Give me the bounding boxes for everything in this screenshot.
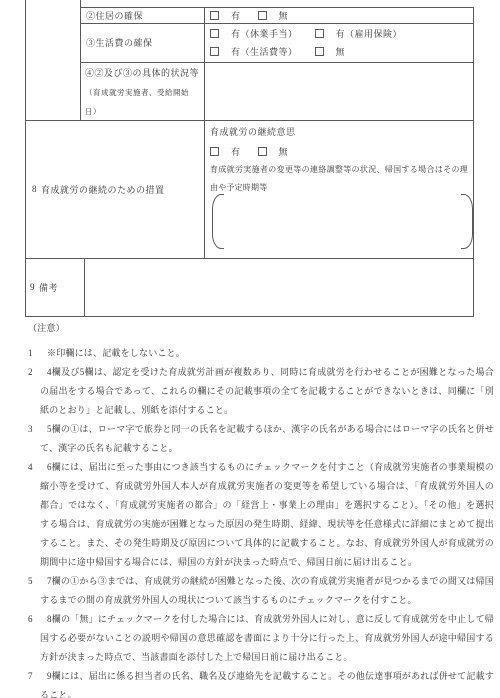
checkbox-living-none-label: 無 <box>336 45 346 58</box>
note-item-2: 24欄及び5欄は、認定を受けた育成就労計画が複数あり、同時に育成就労を行わせるこ… <box>28 363 494 420</box>
checkbox-continuation-yes-label: 有 <box>231 145 241 158</box>
checkbox-housing-no[interactable] <box>258 11 267 20</box>
row-9-label: 9 備考 <box>26 259 87 315</box>
continuation-description: 育成就労実施者の変更等の連絡調整等の状況、帰国する場合はその理由や予定時期等 <box>210 161 468 197</box>
row-9-number: 9 <box>30 282 35 292</box>
checkbox-living-employment-insurance[interactable] <box>315 29 324 38</box>
table-border-bottom <box>25 316 474 317</box>
row-8-number: 8 <box>32 184 37 194</box>
row-details-label-main: ④②及び③の具体的状況等 <box>85 68 199 78</box>
note-item-1-number: 1 <box>28 344 47 363</box>
continuation-intent-options: 有 無 <box>210 142 473 161</box>
note-item-5-number: 5 <box>28 572 47 591</box>
row-living-options: 有（休業手当） 有（雇用保険） 有（生活費等） 無 <box>210 24 472 61</box>
checkbox-continuation-no[interactable] <box>258 147 267 156</box>
note-item-4: 46欄には、届出に至った事由につき該当するものにチェックマークを付すこと（育成就… <box>28 458 494 572</box>
checkbox-housing-yes-label: 有 <box>231 9 241 22</box>
notes-section: （注意） 1※印欄には、記載をしないこと。 24欄及び5欄は、認定を受けた育成就… <box>28 322 494 698</box>
row-housing-options: 有 無 <box>210 8 472 22</box>
row-8-content: 育成就労の継続意思 有 無 育成就労実施者の変更等の連絡調整等の状況、帰国する場… <box>210 121 473 257</box>
table-border-right <box>473 7 474 316</box>
checkbox-continuation-no-label: 無 <box>279 145 289 158</box>
checkbox-housing-no-label: 無 <box>279 9 289 22</box>
row-housing-label: ②住居の確保 <box>81 8 208 22</box>
note-item-3-number: 3 <box>28 420 47 439</box>
row-living-label: ③生活費の確保 <box>81 24 208 61</box>
note-item-3: 35欄の①は、ローマ字で旅券と同一の氏名を記載するほか、漢字の氏名がある場合には… <box>28 420 494 458</box>
row-9-input-area <box>85 259 472 315</box>
right-bracket <box>461 194 473 249</box>
row-living-label-text: ③生活費の確保 <box>86 36 153 49</box>
document-page: ②住居の確保 有 無 ③生活費の確保 有（休業手当） 有（雇用保険） 有（生活費… <box>0 0 500 698</box>
row-details-input-area <box>205 63 472 119</box>
note-item-6: 68欄の「無」にチェックマークを付した場合には、育成就労外国人に対し、意に反して… <box>28 610 494 667</box>
note-item-7-text: 9欄には、届出に係る担当者の氏名、職名及び連絡先を記載すること。その他伝達事項が… <box>40 671 494 698</box>
checkbox-living-leave-allowance[interactable] <box>210 29 219 38</box>
checkbox-continuation-yes[interactable] <box>210 147 219 156</box>
note-item-1: 1※印欄には、記載をしないこと。 <box>28 344 494 363</box>
left-bracket <box>212 194 224 249</box>
note-item-2-number: 2 <box>28 363 47 382</box>
checkbox-living-none[interactable] <box>315 47 324 56</box>
note-item-2-text: 4欄及び5欄は、認定を受けた育成就労計画が複数あり、同時に育成就労を行わせること… <box>40 367 494 415</box>
checkbox-housing-yes[interactable] <box>210 11 219 20</box>
notes-title: （注意） <box>28 322 494 335</box>
checkbox-living-leave-allowance-label: 有（休業手当） <box>231 27 298 40</box>
row-housing-label-text: ②住居の確保 <box>86 9 143 22</box>
note-item-5-text: 7欄の①から③までは、育成就労の継続が困難となった後、次の育成就労実施者が見つか… <box>40 576 494 605</box>
note-item-6-text: 8欄の「無」にチェックマークを付した場合には、育成就労外国人に対し、意に反して育… <box>40 614 494 662</box>
note-item-4-text: 6欄には、届出に至った事由につき該当するものにチェックマークを付すこと（育成就労… <box>40 462 494 567</box>
checkbox-living-employment-insurance-label: 有（雇用保険） <box>336 27 403 40</box>
row-8-label-text: 育成就労の継続のための措置 <box>41 183 165 196</box>
note-item-7-number: 7 <box>28 667 47 686</box>
row-9-label-text: 備考 <box>39 281 58 294</box>
note-item-1-text: ※印欄には、記載をしないこと。 <box>47 348 185 358</box>
note-item-5: 57欄の①から③までは、育成就労の継続が困難となった後、次の育成就労実施者が見つ… <box>28 572 494 610</box>
note-item-7: 79欄には、届出に係る担当者の氏名、職名及び連絡先を記載すること。その他伝達事項… <box>28 667 494 698</box>
checkbox-living-expenses[interactable] <box>210 47 219 56</box>
continuation-intent-heading: 育成就労の継続意思 <box>210 123 473 142</box>
left-spanning-cell <box>26 0 79 119</box>
note-item-4-number: 4 <box>28 458 47 477</box>
row-8-label: 8 育成就労の継続のための措置 <box>26 121 209 257</box>
row-details-label-sub: （育成就労実施者、受給開始日） <box>85 88 189 116</box>
living-options-line2: 有（生活費等） 無 <box>210 43 472 62</box>
checkbox-living-expenses-label: 有（生活費等） <box>231 45 298 58</box>
note-item-3-text: 5欄の①は、ローマ字で旅券と同一の氏名を記載するほか、漢字の氏名がある場合にはロ… <box>40 424 494 453</box>
living-options-line1: 有（休業手当） 有（雇用保険） <box>210 24 472 43</box>
row-details-label: ④②及び③の具体的状況等（育成就労実施者、受給開始日） <box>85 64 199 121</box>
note-item-6-number: 6 <box>28 610 47 629</box>
